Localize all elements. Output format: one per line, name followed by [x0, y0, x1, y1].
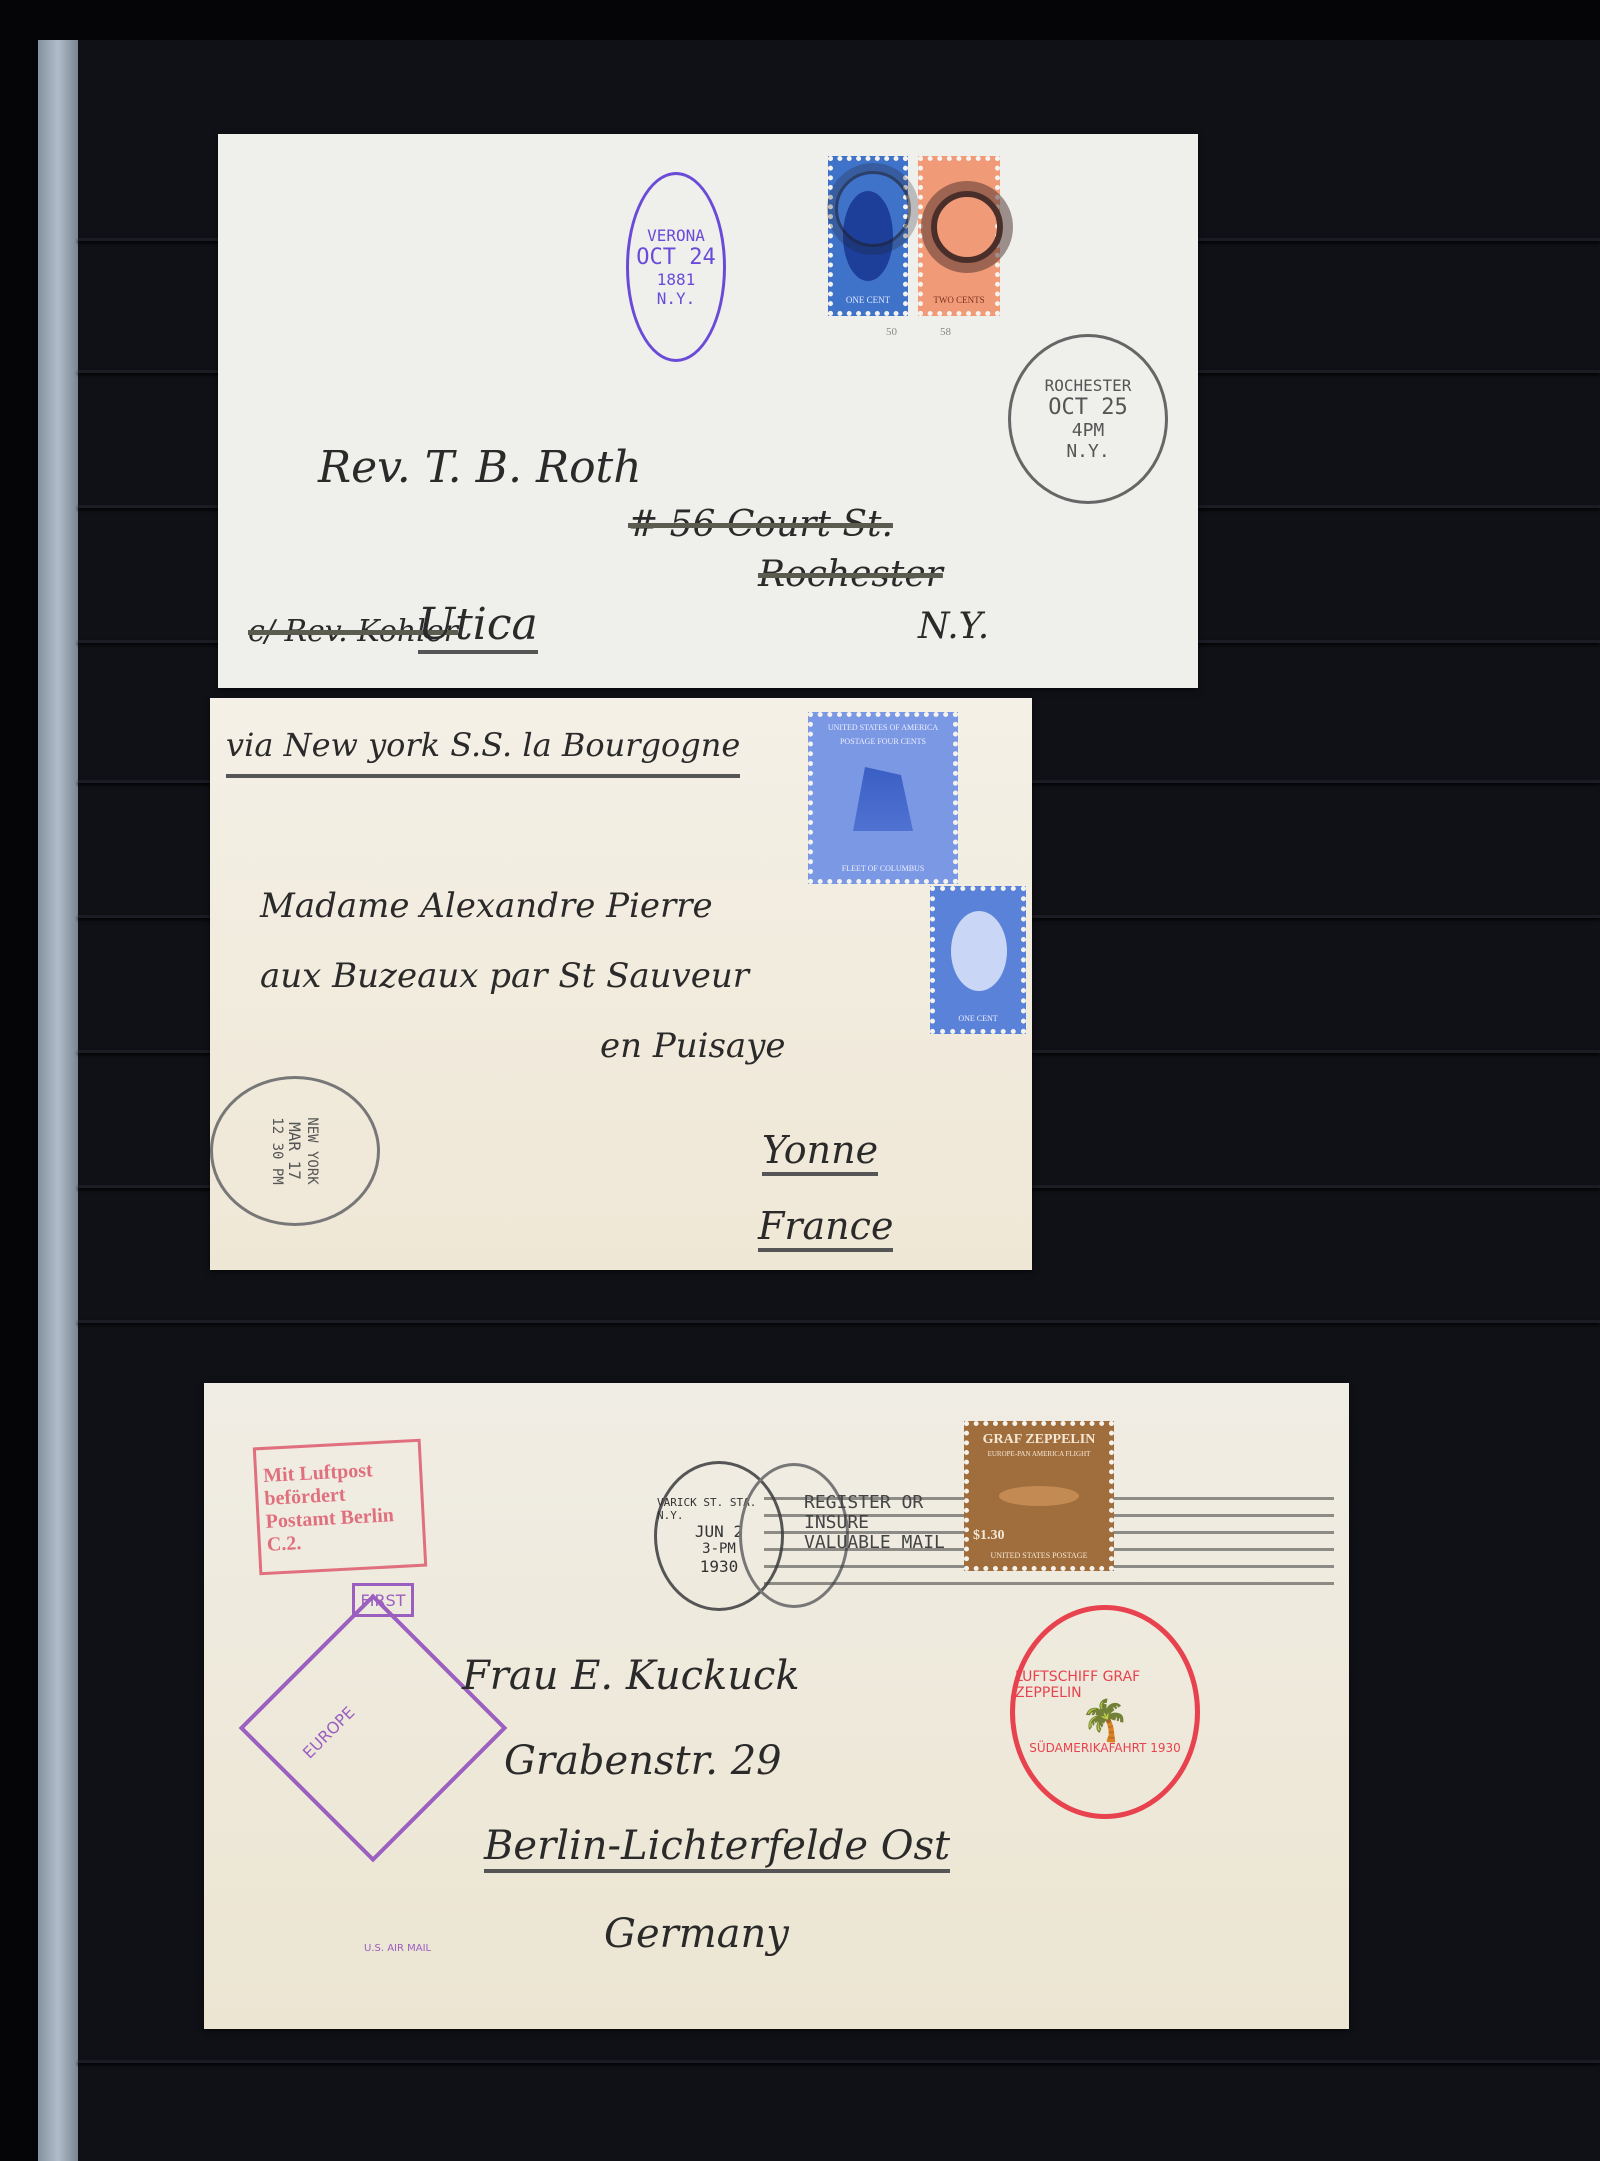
- state: N.Y.: [918, 606, 989, 647]
- address-line-4: Yonne: [762, 1128, 878, 1176]
- address-line-2: Grabenstr. 29: [504, 1738, 782, 1784]
- routing-note: via New york S.S. la Bourgogne: [226, 726, 740, 778]
- rochester-postmark: ROCHESTER OCT 25 4PM N.Y.: [1008, 334, 1168, 504]
- address-line-3: en Puisaye: [600, 1026, 786, 1066]
- portrait-oval: [951, 911, 1007, 991]
- addressee-name: Rev. T. B. Roth: [318, 442, 642, 493]
- stock-strip: [78, 1320, 1600, 1323]
- verona-postmark: VERONA OCT 24 1881 N.Y.: [626, 172, 726, 362]
- first-flight-diamond-cachet: [239, 1594, 508, 1863]
- address-line-4: Germany: [604, 1911, 789, 1957]
- address-line-1: Frau E. Kuckuck: [462, 1653, 800, 1699]
- address-line-1: Madame Alexandre Pierre: [260, 886, 713, 926]
- stamp-graf-zeppelin-1-30: GRAF ZEPPELIN EUROPE-PAN AMERICA FLIGHT …: [964, 1421, 1114, 1571]
- address-line-5: France: [758, 1204, 893, 1252]
- stamp-columbian-4-cent: UNITED STATES OF AMERICA POSTAGE FOUR CE…: [808, 712, 958, 884]
- stamp-franklin-1-cent: ONE CENT: [930, 886, 1026, 1034]
- target-cancel: [835, 171, 911, 247]
- zeppelin-illustration: [999, 1486, 1079, 1506]
- palm-tree-icon: 🌴: [1080, 1701, 1130, 1741]
- stamp-two-cents-jackson: TWO CENTS: [918, 156, 1000, 316]
- street-struck: # 56 Court St.: [628, 504, 893, 545]
- city-struck: Rochester: [758, 554, 943, 595]
- stock-strip: [78, 2060, 1600, 2063]
- address-line-3: Berlin-Lichterfelde Ost: [484, 1823, 950, 1873]
- forward-city: Utica: [418, 599, 538, 654]
- envelope-graf-zeppelin: Mit Luftpost befördert Postamt Berlin C.…: [204, 1383, 1349, 2029]
- address-line-2: aux Buzeaux par St Sauveur: [260, 956, 749, 996]
- ship-illustration: [853, 767, 913, 847]
- luftpost-cachet: Mit Luftpost befördert Postamt Berlin C.…: [253, 1439, 427, 1576]
- envelope-verona-rochester: VERONA OCT 24 1881 N.Y. ONE CENT TWO CEN…: [218, 134, 1198, 688]
- envelope-la-bourgogne-france: via New york S.S. la Bourgogne UNITED ST…: [210, 698, 1032, 1270]
- new-york-postmark: NEW YORK MAR 17 12 30 PM: [210, 1076, 380, 1226]
- stamp-one-cent-franklin: ONE CENT: [828, 156, 908, 316]
- first-label-box: FIRST: [352, 1583, 414, 1617]
- graf-zeppelin-red-cachet: LUFTSCHIFF GRAF ZEPPELIN 🌴 SÜDAMERIKAFAH…: [1010, 1605, 1200, 1819]
- target-cancel: [931, 191, 1003, 263]
- glassine-edge: [38, 40, 78, 2161]
